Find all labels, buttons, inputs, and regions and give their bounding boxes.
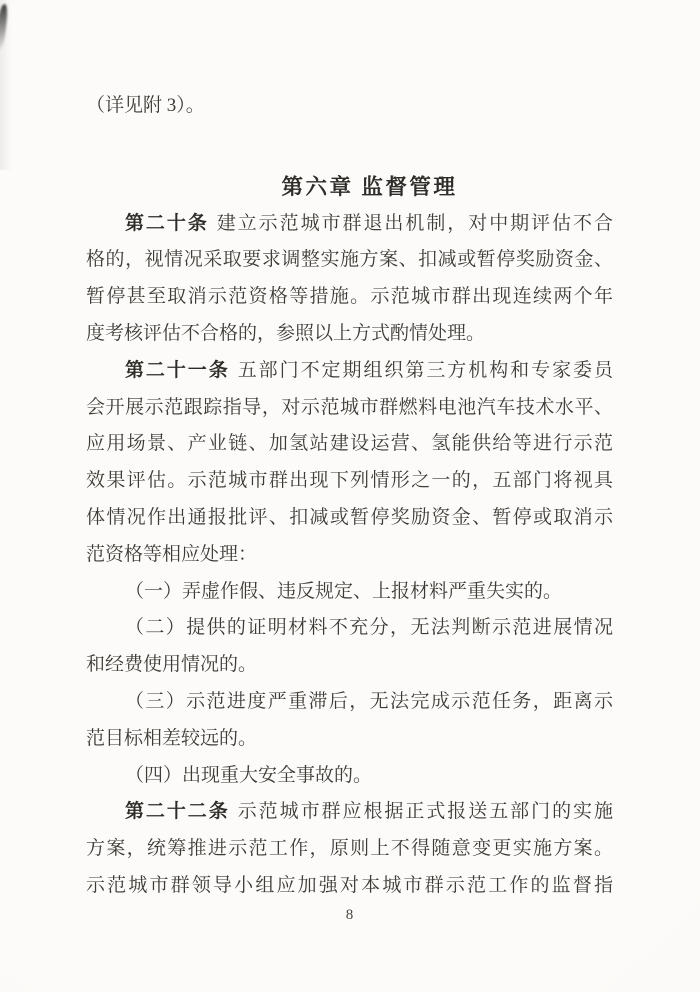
item-1: （一）弄虚作假、违反规定、上报材料严重失实的。: [86, 574, 613, 611]
line-text: 建立示范城市群退出机制，对中期评估不合: [217, 213, 613, 234]
text-line: 会开展示范跟踪指导，对示范城市群燃料电池汽车技术水平、: [86, 390, 613, 427]
article-number: 第二十一条: [125, 360, 230, 381]
document-page: （详见附 3）。第六章 监督管理第二十条建立示范城市群退出机制，对中期评估不合格…: [0, 0, 700, 992]
article-number: 第二十条: [125, 213, 209, 234]
text-line: 格的，视情况采取要求调整实施方案、扣减或暂停奖励资金、: [86, 242, 613, 279]
line-text: 示范城市群应根据正式报送五部门的实施: [238, 801, 613, 822]
text-line: 第二十条建立示范城市群退出机制，对中期评估不合: [86, 206, 613, 243]
page-number: 8: [0, 907, 700, 924]
item-2: （二）提供的证明材料不充分，无法判断示范进展情况和经费使用情况的。: [86, 610, 613, 684]
text-line: （一）弄虚作假、违反规定、上报材料严重失实的。: [86, 574, 613, 611]
line-text: 五部门不定期组织第三方机构和专家委员: [238, 360, 613, 381]
text-line: 方案，统筹推进示范工作，原则上不得随意变更实施方案。: [86, 831, 613, 868]
article-20: 第二十条建立示范城市群退出机制，对中期评估不合格的，视情况采取要求调整实施方案、…: [86, 206, 613, 353]
text-line: 暂停甚至取消示范资格等措施。示范城市群出现连续两个年: [86, 279, 613, 316]
article-22: 第二十二条示范城市群应根据正式报送五部门的实施方案，统筹推进示范工作，原则上不得…: [86, 794, 613, 904]
article-21: 第二十一条五部门不定期组织第三方机构和专家委员会开展示范跟踪指导，对示范城市群燃…: [86, 353, 613, 574]
text-line: 度考核评估不合格的，参照以上方式酌情处理。: [86, 316, 613, 353]
text-line: 范目标相差较远的。: [86, 721, 613, 758]
text-line: 体情况作出通报批评、扣减或暂停奖励资金、暂停或取消示: [86, 500, 613, 537]
text-line: 第二十二条示范城市群应根据正式报送五部门的实施: [86, 794, 613, 831]
article-number: 第二十二条: [125, 801, 230, 822]
text-line: （二）提供的证明材料不充分，无法判断示范进展情况: [86, 610, 613, 647]
text-line: 和经费使用情况的。: [86, 647, 613, 684]
text-line: 示范城市群领导小组应加强对本城市群示范工作的监督指: [86, 868, 613, 905]
text-line: （四）出现重大安全事故的。: [86, 758, 613, 795]
chapter-heading: 第六章 监督管理: [106, 169, 633, 206]
document-body: （详见附 3）。第六章 监督管理第二十条建立示范城市群退出机制，对中期评估不合格…: [86, 88, 613, 905]
continuation-line: （详见附 3）。: [86, 88, 613, 125]
item-3: （三）示范进度严重滞后，无法完成示范任务，距离示范目标相差较远的。: [86, 684, 613, 758]
text-line: 范资格等相应处理：: [86, 537, 613, 574]
text-line: （三）示范进度严重滞后，无法完成示范任务，距离示: [86, 684, 613, 721]
item-4: （四）出现重大安全事故的。: [86, 758, 613, 795]
text-line: （详见附 3）。: [86, 88, 613, 125]
text-line: 效果评估。示范城市群出现下列情形之一的，五部门将视具: [86, 463, 613, 500]
text-line: 第二十一条五部门不定期组织第三方机构和专家委员: [86, 353, 613, 390]
text-line: 应用场景、产业链、加氢站建设运营、氢能供给等进行示范: [86, 426, 613, 463]
